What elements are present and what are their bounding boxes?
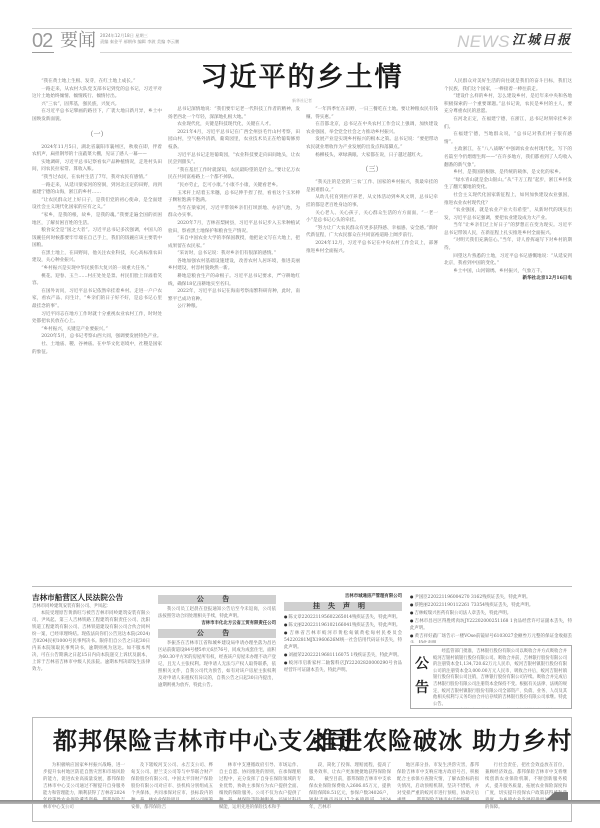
notice-1-signer: 吉林市丰化北方云省工贸有限责任公司 <box>158 620 276 627</box>
lost-declaration-bar: 挂失声明 <box>284 602 402 611</box>
court-notice-body: 本院受理原告黄新旺与被告吉林市同岭建筑安装有限公司、尹凤起、第三人吉林铁路工程建… <box>32 610 150 673</box>
section-title: 要闻 <box>60 31 96 51</box>
article-paragraph: 2021年4月，习近平总书记在广西全州县毛竹山村考察，田园山村，空气格外清新，葡… <box>168 129 300 152</box>
bank-merger-notice: 公 告 经监管部门批准，吉林银行股份有限公司以吸收合并方式吸收合并蛟河吉银村镇银… <box>410 645 572 709</box>
article-paragraph: 在习近平总书记擘画的路径下，广袤大地日新月异，乡土中国焕发新面貌。 <box>32 108 162 123</box>
article-paragraph: 主政浙江，在“八八战略”中强调农业农村现代化，写下的名篇至今仍熠熠生辉——“在许… <box>444 146 572 169</box>
notice-2-body: 李振杰在吉林市江省和城乡建设局申请办理坐落为昌邑区站前街道设84号楼5单元6层7… <box>158 640 276 689</box>
article-paragraph: 习近平总书记走进葡萄园，“农业科技要走向田间地头，让农民尝到甜头”。 <box>168 152 300 167</box>
section-marker: （一） <box>32 129 162 139</box>
article-paragraph: 在河北正定，在福建宁德，在浙江，总书记时刻牵挂乡亲们。 <box>444 116 572 131</box>
article-paragraph: 2022年，习近平总书记在海南考察南繁科研育种，此时，南繁平已成功育种。 <box>168 288 300 303</box>
lost-items-a: 陈文章220221195602265014残疾证丢失，特此声明。陈文丽22022… <box>284 613 402 674</box>
editors-line: 责编 秦金平 郝朝伟 编辑 李波 美编 李云鹏 <box>100 39 179 45</box>
section-marker: （三） <box>306 164 438 174</box>
article-paragraph: 当年在梁家河，习近平带领乡亲们打坝淤地、办沼气池，为群众办实事。 <box>168 205 300 220</box>
ad-column-4: 段，简化了投保、理赔流程，提高了服务效率，让农户更加便捷地获得保险保障。 截至目… <box>309 762 391 820</box>
newspaper-logo: 江城日报 <box>512 32 572 50</box>
article-paragraph: 乡村，是我国的根脉，是传统的载体，是文化的家乡。 <box>444 169 572 177</box>
article-paragraph: 各地加强农村基础设施建设，改善农村人居环境，推进美丽乡村建设，村容村貌焕然一新。 <box>168 258 300 273</box>
notice-glyph-gao: 告 <box>415 680 429 696</box>
article-paragraph: 2024年11月5日，湖北省襄阳市襄州区，秋收在即，伴着农机声，扁担钢琴的十亩蔬… <box>32 144 162 159</box>
article-column-1: “我在黄土地上生根、发芽，在红土地上成长。”一路走来，从农村大队党支部书记到党的… <box>32 78 162 578</box>
ad-text: 地区部分县、市发生洪涝灾害，都邦保险吉林市中支响应地方政府号召，积极配合主承保方… <box>397 762 479 804</box>
article-column-3: “一年四季忙在田野，一日三餐吃在土地。要让种粮农民有钱赚、得实惠。”在首都北京，… <box>306 106 438 578</box>
lost-item: 蛟河市启新家村二轴酱料店JY22202820000290号食品经营许可证副本丢失… <box>284 659 402 674</box>
lost-item: 陈文章220221195602265014残疾证丢失，特此声明。 <box>284 613 402 621</box>
court-notice-title: 吉林市船营区人民法院公告 <box>32 593 150 603</box>
notice-2-signer: 吉林市城通房产管理有限公司 <box>284 593 402 600</box>
lost-item: 吉林蛟瑞兴医药有限公司法人章丢失，特此声明。 <box>410 609 572 617</box>
lost-item: 尹国臣220221196004270 3162残疾证丢失，特此声明。 <box>410 593 572 601</box>
ad-column-3: 林市中支遵循政府引导、市场运作、自主自愿、协同推进的原则，在承保理赔过程中，充分… <box>219 762 301 820</box>
public-notices: 公 告 我公司员工赵晨在登报通知公告后至今未返岗，公司依法按照劳动合同处理相关手… <box>158 593 276 711</box>
newspaper-page: 02 要闻 2024年12月18日 星期三 责编 秦金平 郝朝伟 编辑 李波 美… <box>32 28 572 52</box>
ad-column-2: 及下辖蛟河支公司、永吉支公司、桦甸支公司、舒兰支公司等与中华联合财产保险股份有限… <box>131 762 213 820</box>
lost-items-b: 尹国臣220221196004270 3162残疾证丢失，特此声明。蔡艳丽220… <box>410 593 572 643</box>
article-paragraph: 习近平同志在地方工作时就十分重视农业农村工作，时时处处都把农民放在心上。 <box>32 311 162 326</box>
page-header: 02 要闻 2024年12月18日 星期三 责编 秦金平 郝朝伟 编辑 李波 美… <box>32 28 572 52</box>
notice-bar-1: 公 告 <box>158 595 276 604</box>
article-paragraph: “民亦劳止，汔可小康。”小康不小康，关键看老乡。 <box>168 182 300 190</box>
dateline-signature: 新华社北京12月16日电 <box>444 275 572 283</box>
article-column-2: 总书记深情地说：“我们要牢记老一代科技工作者的精神，发扬老西北一个年轻，深深地扎… <box>168 106 300 578</box>
article-paragraph: “我当过农民，在农村生活了7年，我对农民有感情。” <box>32 174 162 182</box>
section-divider <box>32 586 572 587</box>
article-paragraph: 桃花、迎春、玉兰……村庄处处是景。村民们脸上洋溢着笑容。 <box>32 273 162 288</box>
article-paragraph: “采访时，总书记说：我对乡亲们有很深的感情。” <box>168 250 300 258</box>
article-paragraph: 社、土地庙、稷、谷神庙。在中华文化语境中，社稷是国家的象征。 <box>32 341 162 356</box>
article-paragraph: 回望这片熟悉的土地，习近平总书记感慨地说：“从延安到北京，我看到中国的变化。” <box>444 253 572 268</box>
news-label: NEWS <box>457 33 510 51</box>
article-paragraph: “绿水青山就是金山银山。”从“千万工程”起步，浙江乡村发生了翻天覆地的变化。 <box>444 177 572 192</box>
article-paragraph: 实地调研，习近平总书记察看农产品种植情况，走进村头田间，同农民拉家常、算收入账。 <box>32 159 162 174</box>
article-paragraph: 社会主义现代化国家新征程上，如何加快建设农业强国，推进农业农村现代化？ <box>444 192 572 207</box>
ad-title-slogan: 推进农险破冰 助力乡村振兴 <box>313 726 572 756</box>
article-paragraph: 在国外访问，习近平总书记依然牵挂着乡村。走进一户户农家，看农产品、问生计，“乡亲… <box>32 288 162 311</box>
article-paragraph: 农业现代化，关键是科技现代化，关键在人才。 <box>168 121 300 129</box>
court-notice-addressee: 吉林市同岭建筑安装有限公司、尹凤起： <box>32 603 150 610</box>
article-paragraph: “家乡，是我的根，故乡，是我的魂。”我要走遍全国的贫困地区，了解贫困百姓的生活。 <box>32 212 162 227</box>
lost-item: 刘福荣22022219681116075 1残疾证丢失，特此声明。 <box>284 651 402 659</box>
article-paragraph: “来自中国农业大学的李保国教授，他把论文写在大地上，把成果留在农民家。” <box>168 235 300 250</box>
article-paragraph: “一年四季忙在田野，一日三餐吃在土地。要让种粮农民有钱赚、得实惠。” <box>306 106 438 121</box>
page-number: 02 <box>32 31 52 51</box>
article-paragraph: 兴“三农”，固邦基，强民族，兴复兴。 <box>32 101 162 109</box>
article-paragraph: “对明天我们充满信心。”当年，诗人曾挥毫写下对乡村的期待。 <box>444 237 572 252</box>
ad-column-6: 行社会责任，把社会效益放在首位，兼顾经济效益。都邦保险吉林市中支将继续创新农业保… <box>485 762 567 820</box>
article-paragraph: “让农民群众过上好日子，是我们党的初心使命，是全面建设社会主义现代化国家的应有之… <box>32 197 162 212</box>
lost-item: 吉林市昌邑区得胜烤肉坊JY22202000251168 1食品经营许可证副本丢失… <box>410 617 572 632</box>
insurance-advertorial: 都邦保险吉林市中心支公司 推进农险破冰 助力乡村振兴 为积极响应国家乡村振兴战略… <box>32 717 572 822</box>
notice-bar-2: 公 告 <box>158 629 276 638</box>
article-paragraph: 在福建宁德，当地群众说，“总书记对我们村子很有感情”。 <box>444 131 572 146</box>
article-paragraph: 一路走来，从农村大队党支部书记到党的总书记，习近平对这片土地始终倾情、倾情践行、… <box>32 86 162 101</box>
notice-glyph-gong: 公 <box>415 656 429 672</box>
article-paragraph: “我在基层工作时就深知，农民最盼望的是什么。”要让亿万农民在共同富裕路上一个都不… <box>168 167 300 182</box>
article-paragraph: 关心老人、关心孩子，关心群众生活的方方面面，“一老一小”是总书记心头的牵挂。 <box>306 210 438 225</box>
article-paragraph: 乡土中国，山河锦绣。乡村振兴，气象万千。 <box>444 268 572 276</box>
article-paragraph: 2024年12月，习近平总书记在中央农村工作会议上，部署推进乡村全面振兴。 <box>306 240 438 255</box>
lost-item: 黄吉祥好蔬厂场告示一楼VOse前镜屏号6103027金额叁万元整的保证金收据丢失… <box>410 632 572 643</box>
page-bottom-bar <box>0 800 600 804</box>
header-rule <box>100 52 572 53</box>
lost-item: 蔡艳丽220221190112261 73354残疾证丢失，特此声明。 <box>410 601 572 609</box>
property-notice-and-lost: 吉林市城通房产管理有限公司 挂失声明 陈文章220221195602265014… <box>284 593 402 711</box>
article-paragraph: 2020年5月，总书记考察山西大同，强调要发展特色产业。 <box>32 333 162 341</box>
lost-items-column: 尹国臣220221196004270 3162残疾证丢失，特此声明。蔡艳丽220… <box>410 593 572 643</box>
article-paragraph: “乡村振兴，关键是产业要振兴。” <box>32 326 162 334</box>
article-paragraph: 2020年7月，吉林省梨树县，习近平总书记步入玉米种植试验田，察看黑土地保护和粮… <box>168 220 300 235</box>
lost-item: 陈文丽220221196102166041残疾证丢失，特此声明。 <box>284 621 402 629</box>
article-paragraph: “我在黄土地上生根、发芽，在红土地上成长。” <box>32 78 162 86</box>
article-paragraph: 发展产业是实现乡村振兴的根本之策。总书记说：“要把带动农民就业增收作为产业发展的… <box>306 136 438 151</box>
article-paragraph: “建设什么样的乡村，怎么建设乡村，是近年来中央和各地积极探索的一个重要课题。”总… <box>444 93 572 116</box>
lost-item: 吉林省吉林市蛟河市黄松甸镇黄松甸村民委员会54220281MJX1960626M… <box>284 629 402 651</box>
header-meta: 2024年12月18日 星期三 责编 秦金平 郝朝伟 编辑 李波 美编 李云鹏 <box>100 33 179 45</box>
article-paragraph: 一路走来，从延川梁家河的窑洞，到河北正定的田野，再到福建宁德的山海，浙江的乡村…… <box>32 182 162 197</box>
article-paragraph: 在黑土地上，在田野间，他关注农业科技，关心高标准农田建设，关心种业振兴。 <box>32 250 162 265</box>
article-paragraph: 总书记深情地说：“我们要牢记老一代科技工作者的精神，发扬老西北一个年轻，深深地扎… <box>168 106 300 121</box>
article-paragraph: 在首都北京，总书记在中央农村工作会议上强调，加快建设农业强国，举全党全社会之力推… <box>306 121 438 136</box>
ad-title-company: 都邦保险吉林市中心支公司 <box>53 726 353 756</box>
article-paragraph: 耕地是粮食生产的命根子。习近平总书记要求，严守耕地红线，确保18亿亩耕地实至名归… <box>168 273 300 288</box>
article-column-4: 人民群众对美好生活的向往就是我们的奋斗目标，我们这个民族，我们这个国家，一棒接着… <box>444 78 572 578</box>
page-number-underline <box>32 52 54 53</box>
article-paragraph: 玉米秆上结着玉米穗，总书记伸手捏了捏，看看这个玉米棒子颗粒饱满不饱满。 <box>168 190 300 205</box>
article-paragraph: 杨柳枝头，翠绿满眼。大家都在说，日子越过越红火。 <box>306 152 438 160</box>
notices-section: 吉林市船营区人民法院公告 吉林市同岭建筑安装有限公司、尹凤起： 本院受理原告黄新… <box>32 593 572 711</box>
notice-1-body: 我公司员工赵晨在登报通知公告后至今未返岗，公司依法按照劳动合同处理相关手续，特此… <box>158 606 276 620</box>
article-paragraph: “农业强国，就是农业产业大有希望”，从新时代的现实出发，习近平总书记强调，要把农… <box>444 207 572 222</box>
bank-notice-body: 经监管部门批准，吉林银行股份有限公司以吸收合并方式吸收合并蛟河吉银村镇银行股份有… <box>433 649 567 708</box>
court-notice: 吉林市船营区人民法院公告 吉林市同岭建筑安装有限公司、尹凤起： 本院受理原告黄新… <box>32 593 150 711</box>
article-paragraph: “乡村振兴是实现中华民族伟大复兴的一项重大任务。” <box>32 265 162 273</box>
article-paragraph: 当年“让乡亲们过上好日子”的梦想正在变为现实。习近平总书记带领人民，在新征程上扎… <box>444 222 572 237</box>
article-paragraph: “努力让广大农民群众有更多获得感、幸福感、安全感。”新时代新征程，广大农民群众在… <box>306 225 438 240</box>
article-paragraph: 粮食安全是“国之大者”。习近平总书记多次强调，中国人的饭碗任何时候都要牢牢端在自… <box>32 227 162 250</box>
ad-column-1: 为积极响应国家乡村振兴战略，进一步提升农村地区防范自然灾害和市场风险的能力，促进… <box>43 762 125 820</box>
article-paragraph: “我关注的是党的‘三农’工作、国家的乡村振兴，我最牵挂的是困难群众。” <box>306 179 438 194</box>
article-paragraph: 从幼儿托育到医疗养老，从文体活动到乡风文明，总书记牵挂的都是老百姓身边的事。 <box>306 194 438 209</box>
article-paragraph: 公斤种粮。 <box>168 303 300 311</box>
ad-column-5: 地区部分县、市发生洪涝灾害，都邦保险吉林市中支响应地方政府号召，积极配合主承保方… <box>397 762 479 820</box>
article-paragraph: 人民群众对美好生活的向往就是我们的奋斗目标，我们这个民族，我们这个国家，一棒接着… <box>444 78 572 93</box>
